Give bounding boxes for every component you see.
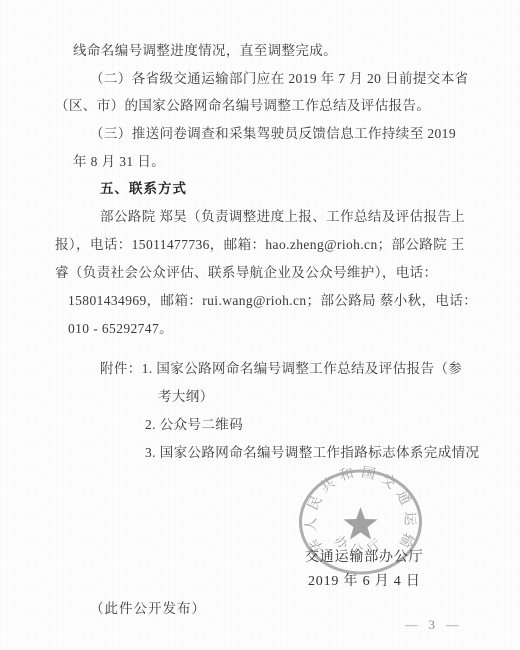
body-line: （三）推送问卷调查和采集驾驶员反馈信息工作持续至 2019 [90,127,456,141]
attachment-line: 3. 国家公路网命名编号调整工作指路标志体系完成情况 [145,446,479,460]
body-line: 010 - 65292747。 [68,322,173,336]
attachment-line: 考大纲） [158,390,214,404]
body-line: 部公路院 郑昊（负责调整进度上报、工作总结及评估报告上 [100,210,465,224]
signature-date: 2019 年 6 月 4 日 [308,570,421,590]
attachment-line: 附件：1. 国家公路网命名编号调整工作总结及评估报告（参 [100,362,462,376]
body-line: 15801434969，邮箱：rui.wang@rioh.cn；部公路局 蔡小秋… [68,294,477,308]
document-page: 线命名编号调整进度情况，直至调整完成。 （二）各省级交通运输部门应在 2019 … [0,0,520,650]
body-line: 线命名编号调整进度情况，直至调整完成。 [73,44,337,58]
section-heading: 五、联系方式 [100,182,187,196]
attachment-line: 2. 公众号二维码 [145,418,243,432]
body-line: 报），电话：15011477736，邮箱：hao.zheng@rioh.cn；部… [55,238,465,252]
body-line: 睿（负责社会公众评估、联系导航企业及公众号维护），电话： [55,266,437,280]
seal-star-icon [343,507,377,540]
body-line: （二）各省级交通运输部门应在 2019 年 7 月 20 日前提交本省 [90,72,469,86]
public-release-note: （此件公开发布） [90,597,206,617]
page-number: — 3 — [405,618,463,633]
body-line: （区、市）的国家公路网命名编号调整工作总结及评估报告。 [55,99,430,113]
body-line: 年 8 月 31 日。 [73,155,165,169]
signature-office: 交通运输部办公厅 [305,546,423,566]
